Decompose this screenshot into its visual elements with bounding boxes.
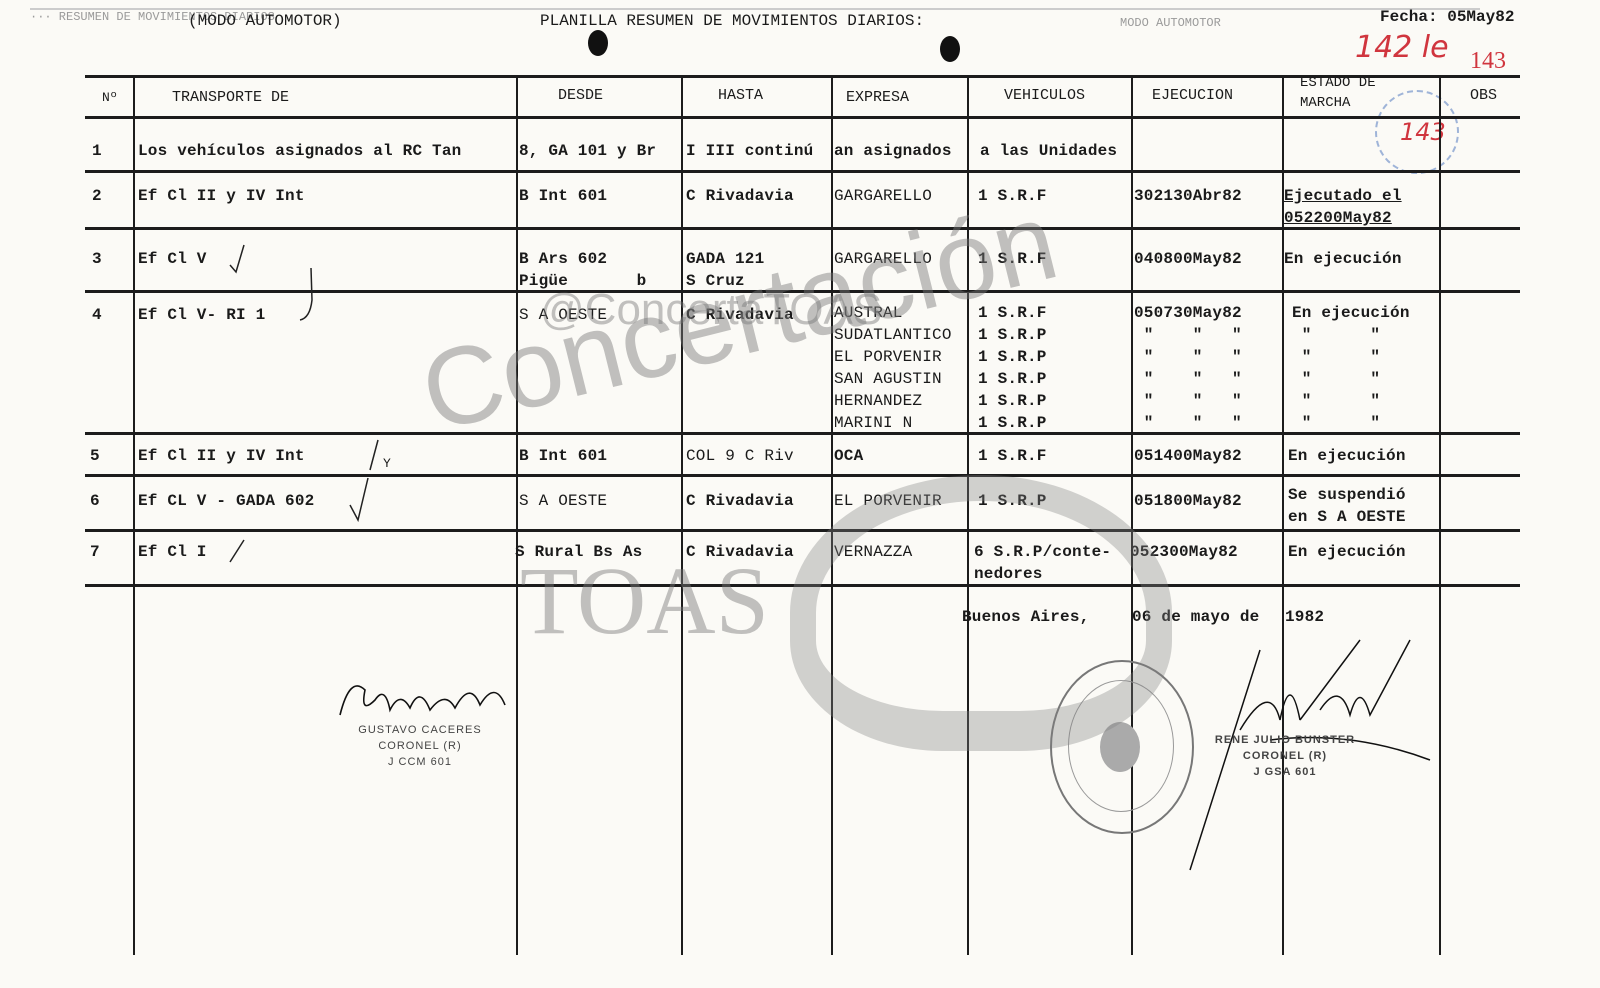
signer-left-name: GUSTAVO CACERES — [335, 722, 505, 738]
signer-right-name: RENE JULIO BUNSTER — [1200, 732, 1370, 748]
signer-left-rank: CORONEL (R) — [335, 738, 505, 754]
signature-left-icon — [330, 670, 520, 725]
signer-right-unit: J GSA 601 — [1200, 764, 1370, 780]
watermark-helmet-icon — [790, 475, 1172, 751]
signer-right-rank: CORONEL (R) — [1200, 748, 1370, 764]
signer-left-unit: J CCM 601 — [335, 754, 505, 770]
signer-left: GUSTAVO CACERES CORONEL (R) J CCM 601 — [335, 722, 505, 770]
signer-right: RENE JULIO BUNSTER CORONEL (R) J GSA 601 — [1200, 732, 1370, 780]
